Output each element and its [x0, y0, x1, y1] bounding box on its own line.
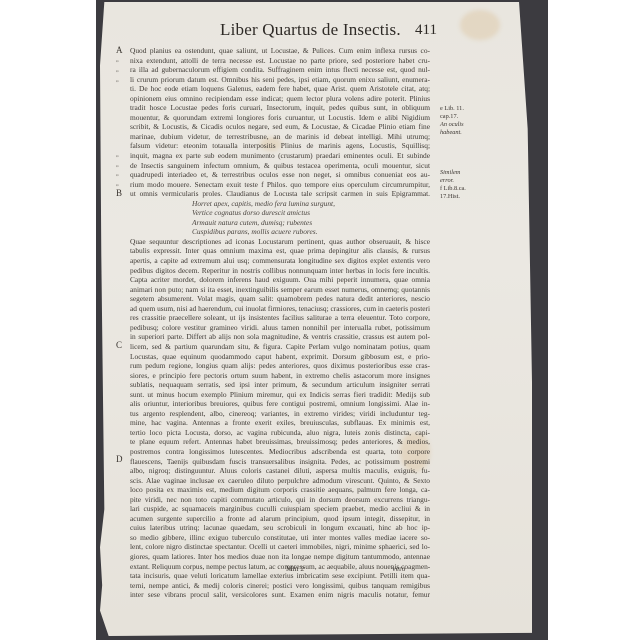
text-line: sublatis, nequaquam serratis, sed ipsi i… — [130, 380, 430, 390]
text-line: ra illa ad gubernaculorum effigiem condi… — [130, 65, 430, 75]
margin-letter-a: A — [116, 46, 123, 56]
text-line: Locustas, quae equinum quodammodo caput … — [130, 352, 430, 362]
text-line: tradit hosce Locustae pedes foris curuar… — [130, 103, 430, 113]
side-note-spacer — [440, 161, 510, 169]
side-note: 17.Hist. — [440, 193, 510, 201]
running-title: Liber Quartus de Insectis. — [220, 20, 401, 40]
marginal-notes: e Lib. 11. cap.17. An oculis habeant. Si… — [440, 105, 510, 201]
verse-line: Armauit natura cutem, dumisq; rubentes — [130, 218, 430, 228]
text-line: opinionem eius omnino recipiendam esse i… — [130, 94, 430, 104]
margin-quote-mark: „ — [116, 56, 119, 66]
margin-quote-mark: „ — [116, 170, 119, 180]
text-line: de Insectis sanguinem infectum omnium, &… — [130, 161, 430, 171]
text-line: pite viridi, nec non toto capiti commuta… — [130, 495, 430, 505]
text-line: giores, quam latiores. Inter hos medios … — [130, 552, 430, 562]
text-line: flauescens, Taenijs quibusdam fuscis tra… — [130, 457, 430, 467]
text-line: siores, e principio fere pectoris ortum … — [130, 371, 430, 381]
text-line: falsum videtur: eteonim totaualla interp… — [130, 141, 430, 151]
verse-line: Vertice cognatus dorso durescit amictus — [130, 208, 430, 218]
side-note: habeant. — [440, 129, 510, 137]
text-line: apertis, a capite ad extremum alui usq; … — [130, 256, 430, 266]
margin-quote-mark: „ — [116, 151, 119, 161]
side-note-spacer — [440, 153, 510, 161]
text-line: albo, nigroq; distinguuntur. Aluus color… — [130, 466, 430, 476]
page-number: 411 — [415, 22, 437, 39]
side-note-spacer — [440, 137, 510, 145]
text-line: inquit, magna ex parte sub eodem munimen… — [130, 151, 430, 161]
text-line: marinae, dubium videtur, de terrestribus… — [130, 132, 430, 142]
text-line: pedibusq; colore vestitur gramineo virid… — [130, 323, 430, 333]
text-line: scribit, & Locustis, & Cicadis oculos ne… — [130, 122, 430, 132]
text-line: animari non puto; nam si ita esset, inex… — [130, 285, 430, 295]
side-note: Similem — [440, 169, 510, 177]
text-line: nixa extendunt, attolli de terra necesse… — [130, 56, 430, 66]
text-line: mine, hac vagina. Antennas a fronte exer… — [130, 418, 430, 428]
verse-line: Horret apex, capitis, medio fera lumina … — [130, 199, 430, 209]
text-line: pedibus digitos decem. Reperitur in nost… — [130, 266, 430, 276]
text-line: acumen surgente supercilio a fronte ad a… — [130, 514, 430, 524]
text-line: lari cuspide, ac squamaceis marginibus c… — [130, 504, 430, 514]
text-line: Quae sequuntur descriptiones ad iconas L… — [130, 237, 430, 247]
text-line: ti. De hoc eode etiam loquens Galenus, e… — [130, 84, 430, 94]
main-text-block: A „ „ „ „ „ „ „ B C D Quod planius ea os… — [130, 46, 430, 600]
catchword: vero — [392, 564, 405, 573]
book-page: Liber Quartus de Insectis. 411 A „ „ „ „… — [100, 2, 532, 636]
text-line: rum pedum regione, longius quam alijs: p… — [130, 361, 430, 371]
text-line: cuius lateribus utrinq; lacunae quaedam,… — [130, 523, 430, 533]
text-line: Quod planius ea ostendunt, quae saliunt,… — [130, 46, 430, 56]
side-note: An oculis — [440, 121, 510, 129]
page-header: Liber Quartus de Insectis. 411 — [220, 20, 520, 44]
page-footer: Mm 2 vero — [130, 564, 430, 576]
margin-letter-d: D — [116, 455, 123, 465]
text-line: postremos contra longissimos lutescentes… — [130, 447, 430, 457]
text-line: rium modo mouere. Senectam exuit teste f… — [130, 180, 430, 190]
text-line: licem, sed & partium quarundam situ, & f… — [130, 342, 430, 352]
side-note: cap.17. — [440, 113, 510, 121]
text-line: res crassitie praecellere soleant, ut ij… — [130, 313, 430, 323]
text-line: ut omnis vermicularis proles. Claudianus… — [130, 189, 430, 199]
text-line: Capta acriter mordet, dolorem inferens h… — [130, 275, 430, 285]
text-line: li crurum priorum datum est. Omnibus his… — [130, 75, 430, 85]
text-line: so medio gibbere, illinc exiguo tubercul… — [130, 533, 430, 543]
signature-mark: Mm 2 — [286, 564, 304, 573]
side-note: e Lib. 11. — [440, 105, 510, 113]
margin-letter-c: C — [116, 341, 122, 351]
text-line: inter sese vibrans procul salit, versico… — [130, 590, 430, 600]
margin-quote-mark: „ — [116, 76, 119, 86]
margin-letter-b: B — [116, 189, 122, 199]
text-line: in superiori parte. Differt ab alijs non… — [130, 332, 430, 342]
side-note-spacer — [440, 145, 510, 153]
margin-quote-mark: „ — [116, 66, 119, 76]
text-line: te plane equum refert. Antennas habet br… — [130, 437, 430, 447]
text-line: tus argento resplendent, albo, cinereoq;… — [130, 409, 430, 419]
text-line: tertio loco picta Locusta, dorso, ac vag… — [130, 428, 430, 438]
text-line: lent, colore nigro distinctae spectantur… — [130, 542, 430, 552]
verse-line: Cuspidibus parans, mollis acuere rubores… — [130, 227, 430, 237]
text-line: loco posita ex maximis est, medium digit… — [130, 485, 430, 495]
text-line: sunt. ut minus hocum exemplo Plinium mir… — [130, 390, 430, 400]
text-line: tabulis expressit. Inter quas omnium max… — [130, 246, 430, 256]
text-line: scis. Alae vaginae inclusae ex caeruleo … — [130, 476, 430, 486]
text-line: segetem absumerent. Volat magis, quam sa… — [130, 294, 430, 304]
text-line: terni, nempe antici, & medij coloris cin… — [130, 581, 430, 591]
text-line: quadrupedi interiadeo et, & terrestribus… — [130, 170, 430, 180]
text-line: mouentur, & quorundam extremi longiores … — [130, 113, 430, 123]
text-line: ad quem usum, nisi ad haerendum, cui inu… — [130, 304, 430, 314]
side-note: f Lib.8.ca. — [440, 185, 510, 193]
text-line: alis oriuntur, interioribus breuiores, q… — [130, 399, 430, 409]
side-note: error. — [440, 177, 510, 185]
